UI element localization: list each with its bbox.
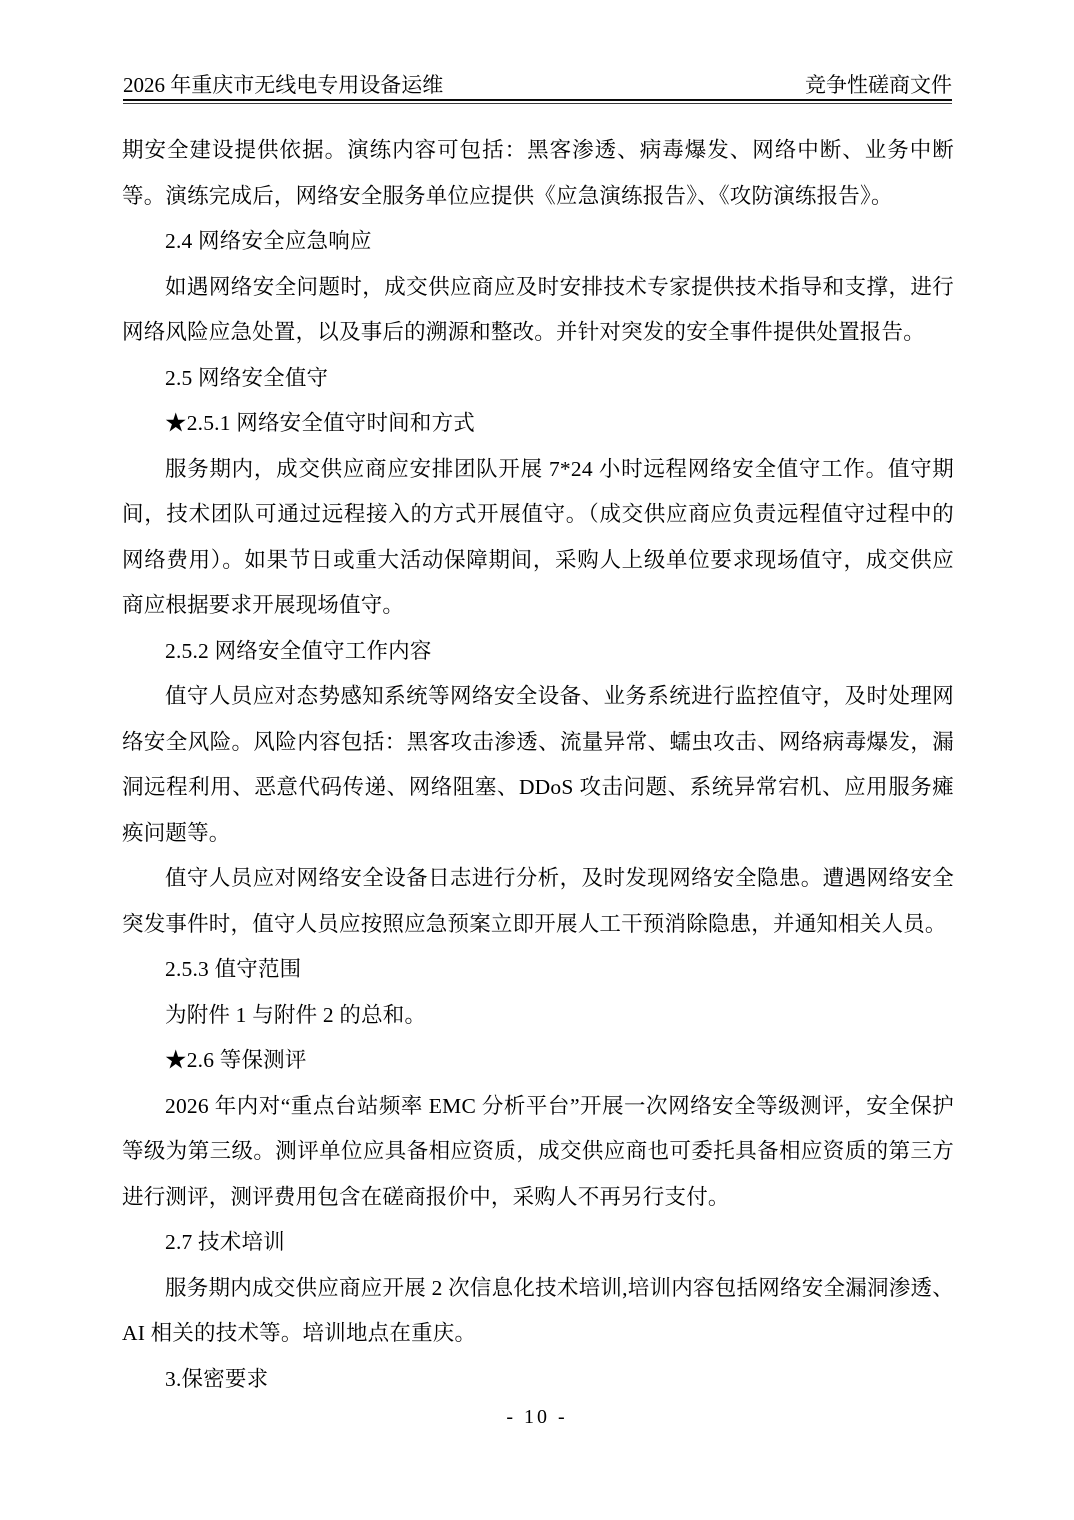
section-heading-2-5-1: ★2.5.1 网络安全值守时间和方式 xyxy=(122,401,954,447)
section-heading-2-5-3: 2.5.3 值守范围 xyxy=(122,947,954,993)
paragraph: 服务期内成交供应商应开展 2 次信息化技术培训,培训内容包括网络安全漏洞渗透、A… xyxy=(122,1266,954,1357)
section-heading-2-7: 2.7 技术培训 xyxy=(122,1220,954,1266)
header-left-title: 2026 年重庆市无线电专用设备运维 xyxy=(123,72,443,98)
section-heading-2-6: ★2.6 等保测评 xyxy=(122,1038,954,1084)
section-heading-3: 3.保密要求 xyxy=(122,1357,954,1403)
header-rule xyxy=(123,99,952,101)
paragraph: 如遇网络安全问题时，成交供应商应及时安排技术专家提供技术指导和支撑，进行网络风险… xyxy=(122,265,954,356)
section-heading-2-5-2: 2.5.2 网络安全值守工作内容 xyxy=(122,629,954,675)
section-heading-2-5: 2.5 网络安全值守 xyxy=(122,356,954,402)
paragraph: 值守人员应对网络安全设备日志进行分析，及时发现网络安全隐患。遭遇网络安全突发事件… xyxy=(122,856,954,947)
paragraph: 2026 年内对“重点台站频率 EMC 分析平台”开展一次网络安全等级测评，安全… xyxy=(122,1084,954,1221)
header-right-title: 竞争性磋商文件 xyxy=(805,72,952,98)
document-page: 2026 年重庆市无线电专用设备运维 竞争性磋商文件 期安全建设提供依据。演练内… xyxy=(0,0,1074,1520)
paragraph-continuation: 期安全建设提供依据。演练内容可包括：黑客渗透、病毒爆发、网络中断、业务中断等。演… xyxy=(122,128,954,219)
page-footer: - 10 - xyxy=(0,1404,1074,1430)
page-number: - 10 - xyxy=(506,1406,567,1428)
document-body: 期安全建设提供依据。演练内容可包括：黑客渗透、病毒爆发、网络中断、业务中断等。演… xyxy=(122,128,954,1402)
paragraph: 服务期内，成交供应商应安排团队开展 7*24 小时远程网络安全值守工作。值守期间… xyxy=(122,447,954,629)
paragraph: 值守人员应对态势感知系统等网络安全设备、业务系统进行监控值守，及时处理网络安全风… xyxy=(122,674,954,856)
page-header: 2026 年重庆市无线电专用设备运维 竞争性磋商文件 xyxy=(123,72,952,98)
paragraph: 为附件 1 与附件 2 的总和。 xyxy=(122,993,954,1039)
section-heading-2-4: 2.4 网络安全应急响应 xyxy=(122,219,954,265)
